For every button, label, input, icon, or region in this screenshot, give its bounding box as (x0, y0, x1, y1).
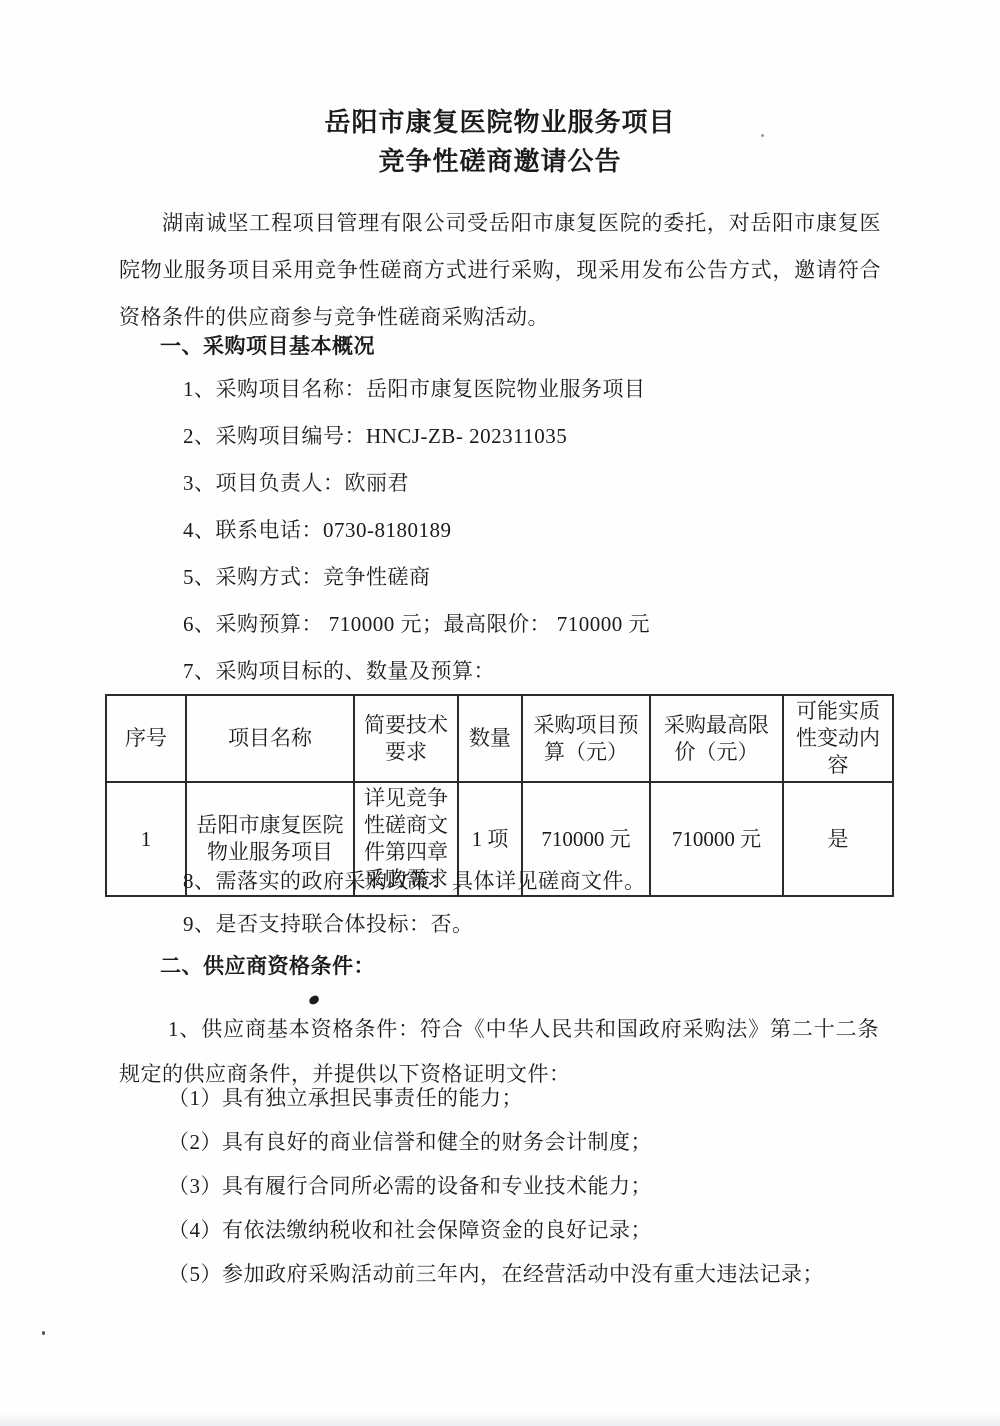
list-item: （5）参加政府采购活动前三年内，在经营活动中没有重大违法记录； (168, 1252, 898, 1296)
table-header-seq: 序号 (106, 695, 186, 782)
list-item: （1）具有独立承担民事责任的能力； (168, 1076, 898, 1120)
section1-post-table-list: 8、需落实的政府采购政策：具体详见磋商文件。 9、是否支持联合体投标：否。 (183, 860, 903, 946)
section1-heading: 一、采购项目基本概况 (160, 332, 375, 360)
title-line-2: 竞争性磋商邀请公告 (0, 142, 1000, 181)
list-item: 5、采购方式：竞争性磋商 (183, 554, 903, 601)
title-line-1: 岳阳市康复医院物业服务项目 (0, 103, 1000, 142)
list-item: 8、需落实的政府采购政策：具体详见磋商文件。 (183, 860, 903, 903)
list-item: 3、项目负责人：欧丽君 (183, 460, 903, 507)
table-header-budget: 采购项目预算（元） (522, 695, 650, 782)
table-header-max-price: 采购最高限价（元） (650, 695, 783, 782)
list-item: 9、是否支持联合体投标：否。 (183, 903, 903, 946)
scan-speck (761, 134, 764, 137)
scan-speck (42, 1331, 45, 1335)
list-item: 4、联系电话：0730-8180189 (183, 507, 903, 554)
list-item: 2、采购项目编号：HNCJ-ZB- 202311035 (183, 413, 903, 460)
list-item: （4）有依法缴纳税收和社会保障资金的良好记录； (168, 1208, 898, 1252)
list-item: （2）具有良好的商业信誉和健全的财务会计制度； (168, 1120, 898, 1164)
page-bottom-edge (0, 1412, 1000, 1426)
list-item: 6、采购预算： 710000 元；最高限价： 710000 元 (183, 601, 903, 648)
section1-item-list: 1、采购项目名称：岳阳市康复医院物业服务项目 2、采购项目编号：HNCJ-ZB-… (183, 366, 903, 695)
list-item: （3）具有履行合同所必需的设备和专业技术能力； (168, 1164, 898, 1208)
cell-seq: 1 (106, 782, 186, 896)
list-item: 7、采购项目标的、数量及预算： (183, 648, 903, 695)
section2-item-list: （1）具有独立承担民事责任的能力； （2）具有良好的商业信誉和健全的财务会计制度… (168, 1076, 898, 1296)
table-header-name: 项目名称 (186, 695, 354, 782)
table-header-row: 序号 项目名称 简要技术要求 数量 采购项目预算（元） 采购最高限价（元） 可能… (106, 695, 893, 782)
ink-smudge (308, 995, 320, 1006)
section2-heading: 二、供应商资格条件： (160, 952, 375, 980)
table-header-substantive-change: 可能实质性变动内容 (783, 695, 893, 782)
intro-paragraph: 湖南诚坚工程项目管理有限公司受岳阳市康复医院的委托，对岳阳市康复医院物业服务项目… (119, 200, 881, 341)
table-header-qty: 数量 (458, 695, 522, 782)
document-title: 岳阳市康复医院物业服务项目 竞争性磋商邀请公告 (0, 103, 1000, 181)
document-page: 岳阳市康复医院物业服务项目 竞争性磋商邀请公告 湖南诚坚工程项目管理有限公司受岳… (0, 0, 1000, 1426)
list-item: 1、采购项目名称：岳阳市康复医院物业服务项目 (183, 366, 903, 413)
table-header-tech: 简要技术要求 (354, 695, 458, 782)
